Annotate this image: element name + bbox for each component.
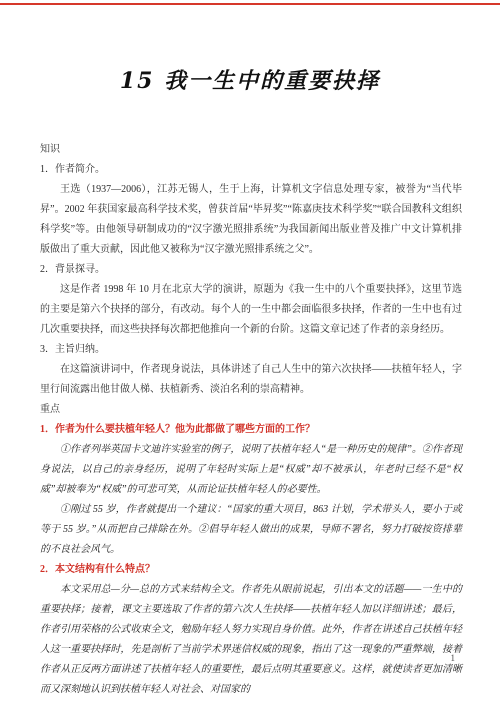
keypoint-question-1: 1．作者为什么要扶植年轻人？他为此都做了哪些方面的工作？: [40, 420, 462, 440]
keypoint-question-2: 2．本文结构有什么特点？: [40, 560, 462, 580]
knowledge-heading-author: 1．作者简介。: [40, 160, 462, 180]
page-title: 15 我一生中的重要抉择: [0, 66, 500, 96]
section-label-knowledge: 知识: [40, 140, 462, 160]
page-number: 1: [451, 653, 456, 663]
keypoint-answer-2a: 本文采用总—分—总的方式来结构全文。作者先从眼前说起，引出本文的话题——一生中的…: [40, 580, 462, 700]
section-label-keypoints: 重点: [40, 400, 462, 420]
knowledge-body-author: 王选（1937—2006），江苏无锡人，生于上海，计算机文字信息处理专家，被誉为…: [40, 180, 462, 260]
keypoint-answer-1a: ①作者列举英国卡文迪许实验室的例子，说明了扶植年轻人“是一种历史的规律”。②作者…: [40, 440, 462, 500]
document-page: 15 我一生中的重要抉择 知识 1．作者简介。 王选（1937—2006），江苏…: [0, 0, 500, 707]
top-rule: [0, 3, 500, 5]
page-content: 知识 1．作者简介。 王选（1937—2006），江苏无锡人，生于上海，计算机文…: [40, 140, 462, 700]
keypoint-answer-1b: ①刚过 55 岁，作者就提出一个建议：“国家的重大项目，863 计划，学术带头人…: [40, 500, 462, 560]
knowledge-body-background: 这是作者 1998 年 10 月在北京大学的演讲，原题为《我一生中的八个重要抉择…: [40, 280, 462, 340]
knowledge-heading-background: 2．背景探寻。: [40, 260, 462, 280]
knowledge-body-theme: 在这篇演讲词中，作者现身说法，具体讲述了自己人生中的第六次抉择——扶植年轻人，字…: [40, 360, 462, 400]
knowledge-heading-theme: 3．主旨归纳。: [40, 340, 462, 360]
